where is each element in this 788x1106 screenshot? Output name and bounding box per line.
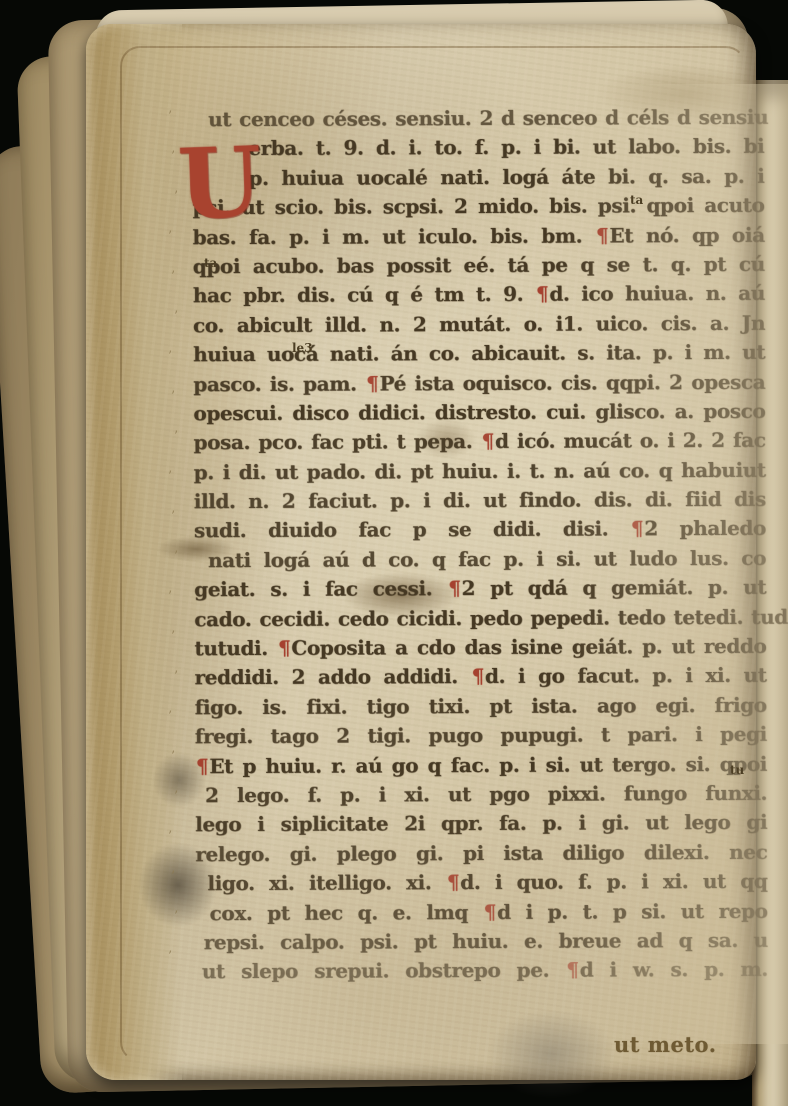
paraph-mark: ¶ xyxy=(365,371,379,395)
manuscript-line: cox. pt hec q. e. lmq ¶d i p. t. p si. u… xyxy=(196,896,768,928)
manuscript-line: psi. ut scio. bis. scpsi. 2 mido. bis. p… xyxy=(192,191,764,223)
manuscript-line: 2 lego. f. p. i xi. ut pgo pixxi. fungo … xyxy=(195,779,767,811)
manuscript-line: ligo. xi. itelligo. xi. ¶d. i quo. f. p.… xyxy=(195,867,767,899)
prick-mark: ’ xyxy=(168,832,175,841)
paraph-mark: ¶ xyxy=(565,958,579,982)
manuscript-line: p. i di. ut pado. di. pt huiu. i. t. n. … xyxy=(194,455,766,487)
prick-mark: ’ xyxy=(171,272,178,281)
prick-mark: ’ xyxy=(171,872,178,881)
paraph-mark: ¶ xyxy=(471,664,485,688)
prick-mark: ’ xyxy=(174,432,181,441)
manuscript-line: tutudi. ¶Coposita a cdo das isine geiát.… xyxy=(194,632,766,664)
manuscript-line: figo. is. fixi. tigo tixi. pt ista. ago … xyxy=(195,691,767,723)
prick-mark: ’ xyxy=(168,112,175,121)
prick-mark: ’ xyxy=(174,792,181,801)
catchword: ut meto. xyxy=(614,1032,717,1057)
manuscript-line: pasco. is. pam. ¶Pé ista oquisco. cis. q… xyxy=(193,367,765,399)
prick-mark: ’ xyxy=(168,232,175,241)
manuscript-line: relego. gi. plego gi. pi ista diligo dil… xyxy=(195,838,767,870)
prick-mark: ’ xyxy=(171,752,178,761)
manuscript-line: geiat. s. i fac cessi. ¶2 pt qdá q gemiá… xyxy=(194,573,766,605)
interlinear-gloss: le3 xyxy=(292,341,313,355)
manuscript-line: repsi. calpo. psi. pt huiu. e. breue ad … xyxy=(196,926,768,958)
prick-mark: ’ xyxy=(174,312,181,321)
prick-mark: ’ xyxy=(171,512,178,521)
prick-mark: ’ xyxy=(174,192,181,201)
paraph-mark: ¶ xyxy=(535,282,549,306)
paraph-mark: ¶ xyxy=(195,754,209,778)
paraph-mark: ¶ xyxy=(446,870,460,894)
paraph-mark: ¶ xyxy=(483,899,497,923)
prick-mark: ’ xyxy=(168,952,175,961)
manuscript-line: illd. n. 2 faciut. p. i di. ut findo. di… xyxy=(194,485,766,517)
manuscript-line: reddidi. 2 addo addidi. ¶d. i go facut. … xyxy=(195,661,767,693)
interlinear-gloss: tu xyxy=(730,763,744,777)
manuscript-line: qpoi acubo. bas possit eé. tá pe q se t.… xyxy=(193,250,765,282)
manuscript-line: ¶Et p huiu. r. aú go q fac. p. i si. ut … xyxy=(195,749,767,781)
prick-mark: ’ xyxy=(171,152,178,161)
manuscript-line: sudi. diuido fac p se didi. disi. ¶2 pha… xyxy=(194,514,766,546)
manuscript-photo: { "manuscript": { "description": "Mediev… xyxy=(0,0,788,1106)
interlinear-gloss: ta xyxy=(630,193,643,207)
manuscript-line: posa. pco. fac pti. t pepa. ¶d icó. mucá… xyxy=(193,426,765,458)
manuscript-line: opescui. disco didici. distresto. cui. g… xyxy=(193,397,765,429)
text-block: ut cenceo céses. sensiu. 2 d senceo d cé… xyxy=(192,103,768,987)
manuscript-page: ut cenceo céses. sensiu. 2 d senceo d cé… xyxy=(86,24,756,1080)
manuscript-line: fregi. tago 2 tigi. pugo pupugi. t pari.… xyxy=(195,720,767,752)
manuscript-line: hac pbr. dis. cú q é tm t. 9. ¶d. ico hu… xyxy=(193,279,765,311)
prick-mark: ’ xyxy=(171,392,178,401)
prick-mark: ’ xyxy=(168,712,175,721)
manuscript-line: nati logá aú d co. q fac p. i si. ut lud… xyxy=(194,544,766,576)
paraph-mark: ¶ xyxy=(481,429,495,453)
manuscript-line: huiua uocá nati. án co. abicauit. s. ita… xyxy=(193,338,765,370)
paraph-mark: ¶ xyxy=(447,576,461,600)
paraph-mark: ¶ xyxy=(277,636,291,660)
manuscript-line: bas. fa. p. i m. ut iculo. bis. bm. ¶Et … xyxy=(193,220,765,252)
prick-mark: ’ xyxy=(171,632,178,641)
manuscript-line: p. huiua uocalé nati. logá áte bi. q. sa… xyxy=(192,162,764,194)
manuscript-line: lego i siplicitate 2i qpr. fa. p. i gi. … xyxy=(195,808,767,840)
manuscript-line: ut cenceo céses. sensiu. 2 d senceo d cé… xyxy=(192,103,764,135)
manuscript-line: erba. t. 9. d. i. to. f. p. i bi. ut lab… xyxy=(192,132,764,164)
manuscript-line: co. abicult illd. n. 2 mutát. o. i1. uic… xyxy=(193,308,765,340)
manuscript-line: cado. cecidi. cedo cicidi. pedo pepedi. … xyxy=(194,602,766,634)
interlinear-gloss: ta xyxy=(204,256,217,270)
manuscript-line: ut slepo srepui. obstrepo pe. ¶d i w. s.… xyxy=(196,955,768,987)
prick-mark: ’ xyxy=(168,352,175,361)
prick-mark: ’ xyxy=(168,472,175,481)
rubricated-initial: U xyxy=(176,139,241,229)
prick-mark: ’ xyxy=(174,552,181,561)
prick-mark: ’ xyxy=(174,912,181,921)
prick-mark: ’ xyxy=(174,672,181,681)
prick-mark: ’ xyxy=(168,592,175,601)
paraph-mark: ¶ xyxy=(595,223,609,247)
paraph-mark: ¶ xyxy=(630,517,644,541)
